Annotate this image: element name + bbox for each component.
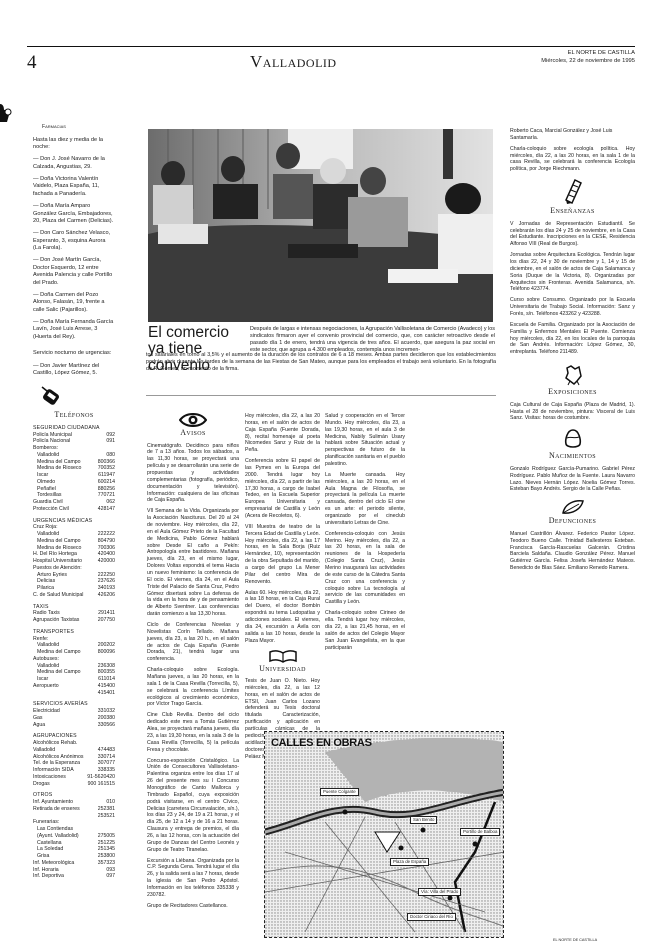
telephone-number: 092: [106, 432, 115, 439]
telephone-number: 800366: [98, 459, 115, 466]
telephone-row: Iscar611014: [33, 676, 115, 683]
telephone-row: La Soledad251345: [33, 846, 115, 853]
telephone-group-title: URGENCIAS MÉDICAS: [33, 518, 115, 525]
defunciones-title: Defunciones: [510, 516, 635, 527]
pencil-icon: [563, 179, 583, 205]
map-label-via-villa-prado: Vía: Villa del Prado: [418, 888, 461, 896]
telephone-number: 236308: [98, 663, 115, 670]
telephone-label: Arturo Eyries: [37, 572, 67, 579]
nacimientos-title: Nacimientos: [510, 451, 635, 462]
telephone-number: 804790: [98, 538, 115, 545]
telephone-label: Valladolid: [37, 642, 59, 649]
telephone-row: Valladolid474483: [33, 747, 115, 754]
telephone-number: 080: [106, 452, 115, 459]
aviso-item: Charla-coloquio sobre Cirineo de ella. T…: [325, 610, 405, 651]
telephone-label: Medina del Campo: [37, 459, 81, 466]
telephone-number: 611947: [98, 472, 115, 479]
telephone-label: Policía Nacional: [33, 438, 70, 445]
far-right-column: Roberto Caca, Marcial González y José Lu…: [510, 128, 635, 576]
telephone-label: Agrupación Taxistas: [33, 617, 79, 624]
header-rule: [27, 46, 635, 47]
farmacias-intro: Hasta las diez y media de la noche:: [33, 137, 115, 152]
telephone-row: Valladolid222222: [33, 531, 115, 538]
avisos-title: Avisos: [147, 428, 239, 439]
map-label-san-benito: San Benito: [410, 816, 437, 824]
telephone-number: 800355: [98, 669, 115, 676]
aviso-item: Salud y cooperación en el Tercer Mundo. …: [325, 413, 405, 468]
telephone-group: SEGURIDAD CIUDADANAPolicía Municipal092P…: [33, 425, 115, 513]
telephone-row: Policía Nacional091: [33, 438, 115, 445]
telephone-row: Valladolid236308: [33, 663, 115, 670]
telephone-number: 330566: [98, 722, 115, 729]
book-icon: [268, 649, 298, 663]
telephone-label: Policía Municipal: [33, 432, 72, 439]
aviso-item: Excursión a Liébana. Organizada por la C…: [147, 858, 239, 899]
farmacias-header: Farmacias: [33, 102, 115, 131]
telephone-number: 700306: [98, 545, 115, 552]
telephone-label: Guardia Civil: [33, 499, 63, 506]
telephone-number: 426206: [98, 592, 115, 599]
aviso-item: VII Semana de la Vida. Organizada por la…: [147, 508, 239, 618]
telephone-row: Agua330566: [33, 722, 115, 729]
telephone-row: Inf. Deportiva097: [33, 873, 115, 880]
telephone-label: Peñafiel: [37, 486, 56, 493]
telephone-row: Inf. Meteorológica357323: [33, 860, 115, 867]
exposiciones-header: Exposiciones: [510, 364, 635, 398]
main-story-photo: [148, 129, 493, 322]
nacimientos-text: Gonzalo Rodríguez García-Pumarino. Gabri…: [510, 466, 635, 493]
telephone-label: Autobuses:: [33, 656, 59, 663]
telephone-group: AGRUPACIONESAlcohólicos Rehab.Valladolid…: [33, 733, 115, 787]
telephone-row: Medina del Campo800355: [33, 669, 115, 676]
telephone-number: 700352: [98, 465, 115, 472]
telephone-number: 338335: [98, 767, 115, 774]
telephone-number: 010: [106, 799, 115, 806]
telephone-number: 251345: [98, 846, 115, 853]
telephone-number: 91-5620420: [87, 774, 115, 781]
telephone-number: 237626: [98, 578, 115, 585]
telephone-label: Olmedo: [37, 479, 55, 486]
telephone-row: Electricidad331032: [33, 708, 115, 715]
telephone-label: Renfe:: [33, 636, 48, 643]
telephone-row: Medina de Rioseco700306: [33, 545, 115, 552]
telephone-number: 415400: [98, 683, 115, 690]
telephone-row: Radio Taxis291411: [33, 610, 115, 617]
calles-en-obras-map: CALLES EN OBRAS Puente Colgante San Beni…: [264, 731, 504, 938]
aviso-item: Cine Club Revilla. Dentro del ciclo dedi…: [147, 712, 239, 753]
telephone-label: Drogas: [33, 781, 50, 788]
telephone-row: Inf. Horaria093: [33, 867, 115, 874]
telephone-label: Delicias: [37, 578, 55, 585]
aviso-item: Hoy miércoles, día 22, a las 20 horas, e…: [245, 413, 320, 454]
telephone-row: Guardia Civil062: [33, 499, 115, 506]
map-label-doctor-ciriaco: Doctor Ciriaco del Río: [407, 913, 456, 921]
telephone-label: Agua: [33, 722, 45, 729]
avisos-column-1: Avisos Cinematógrafo. Decidinco para niñ…: [147, 413, 239, 914]
telephone-label: Gas: [33, 715, 43, 722]
telephone-row: C. de Salud Municipal426206: [33, 592, 115, 599]
ensenanzas-title: Enseñanzas: [510, 206, 635, 217]
telephone-label: Grisa: [37, 853, 49, 860]
telephone-row: Protección Civil428147: [33, 506, 115, 513]
telephone-label: Medina del Campo: [37, 649, 81, 656]
telephone-number: 357323: [98, 860, 115, 867]
ensenanzas-header: Enseñanzas: [510, 179, 635, 217]
map-label-plaza-espana: Plaza de España: [390, 858, 429, 866]
night-service-item: — Don Javier Martínez del Castillo, Lópe…: [33, 363, 115, 378]
telephone-row: Pilarica340193: [33, 585, 115, 592]
ensenanza-item: V Jornadas de Representación Estudiantil…: [510, 221, 635, 248]
telephone-row: Funerarias:: [33, 819, 115, 826]
telephone-number: 880256: [98, 486, 115, 493]
telephone-row: Peñafiel880256: [33, 486, 115, 493]
left-column: Farmacias Hasta las diez y media de la n…: [33, 128, 115, 885]
telephone-row: Cruz Roja:: [33, 524, 115, 531]
telefonos-title: Teléfonos: [33, 410, 115, 421]
telephone-group-title: TRANSPORTES: [33, 629, 115, 636]
aviso-item: Ciclo de Conferencias Novelas y Novelist…: [147, 622, 239, 663]
telephone-label: Intoxicaciones: [33, 774, 66, 781]
telephone-number: 253800: [98, 853, 115, 860]
telephone-label: Hospital Universitario: [33, 558, 82, 565]
telephone-number: 207750: [98, 617, 115, 624]
telephone-row: Medina del Campo800096: [33, 649, 115, 656]
publication-date: Miércoles, 22 de noviembre de 1995: [541, 58, 635, 66]
farmacias-title: Farmacias: [0, 124, 115, 131]
telephone-row: Hospital Universitario420000: [33, 558, 115, 565]
telephone-row: 253521: [33, 813, 115, 820]
map-label-puente-colgante: Puente Colgante: [320, 788, 359, 796]
farmacia-item: — Doña Carmen del Pozo Alonso, Falasán, …: [33, 292, 115, 314]
farmacia-item: — Don José Martín García, Doctor Esquerd…: [33, 257, 115, 287]
telephone-row: Grisa253800: [33, 853, 115, 860]
telephone-number: 420000: [98, 558, 115, 565]
telephone-number: 331032: [98, 708, 115, 715]
map-credit: EL NORTE DE CASTILLA: [553, 938, 597, 943]
participants-text: Roberto Caca, Marcial González y José Lu…: [510, 128, 635, 142]
telephone-row: Castellana251225: [33, 840, 115, 847]
farmacia-item: — Doña María Fernanda García Lavín, José…: [33, 319, 115, 341]
telephone-row: Valladolid200202: [33, 642, 115, 649]
telephone-label: Las Contiendas: [37, 826, 73, 833]
defunciones-header: Defunciones: [510, 499, 635, 527]
pharmacist-icon: [0, 102, 15, 124]
telephone-group: OTROSInf. Ayuntamiento010Retirada de ens…: [33, 792, 115, 880]
night-service-intro: Servicio nocturno de urgencias:: [33, 350, 115, 357]
telephone-row: Retirada de enseres252381: [33, 806, 115, 813]
telephone-row: Renfe:: [33, 636, 115, 643]
telephone-label: Medina del Campo: [37, 669, 81, 676]
telephone-number: 093: [106, 867, 115, 874]
telephone-label: Iscar: [37, 676, 48, 683]
telephone-row: Las Contiendas: [33, 826, 115, 833]
telephone-label: Alcohólicos Anónimos: [33, 754, 83, 761]
telephone-label: Pilarica: [37, 585, 54, 592]
telephone-number: 253521: [98, 813, 115, 820]
page-number: 4: [27, 50, 37, 75]
aviso-item: Grupo de Recitadores Castellanos.: [147, 903, 239, 910]
photo-illustration: [148, 129, 493, 322]
telephone-number: 251225: [98, 840, 115, 847]
exposiciones-title: Exposiciones: [510, 387, 635, 398]
telephone-number: 420400: [98, 551, 115, 558]
telephone-number: 415401: [98, 690, 115, 697]
telephone-label: Radio Taxis: [33, 610, 60, 617]
telephone-label: C. de Salud Municipal: [33, 592, 83, 599]
telephone-group-title: OTROS: [33, 792, 115, 799]
telephone-row: Iscar611947: [33, 472, 115, 479]
telephone-label: Tel. de la Esperanza: [33, 760, 80, 767]
telephone-group-title: SERVICIOS AVERÍAS: [33, 701, 115, 708]
avisos-column-3: Salud y cooperación en el Tercer Mundo. …: [325, 413, 405, 655]
telephone-number: 770721: [98, 492, 115, 499]
telephone-row: Intoxicaciones91-5620420: [33, 774, 115, 781]
telephone-row: Alcohólicos Rehab.: [33, 740, 115, 747]
telephone-number: 062: [106, 499, 115, 506]
telephone-label: Inf. Horaria: [33, 867, 59, 874]
ensenanza-item: Jornadas sobre Arquitectura Ecológica. T…: [510, 252, 635, 293]
telephone-label: Valladolid: [37, 663, 59, 670]
telephone-label: Información SIDA: [33, 767, 74, 774]
telephone-number: 600214: [98, 479, 115, 486]
telephone-row: Valladolid080: [33, 452, 115, 459]
telephone-label: Alcohólicos Rehab.: [33, 740, 77, 747]
leaf-icon: [561, 499, 585, 515]
telephone-directory: SEGURIDAD CIUDADANAPolicía Municipal092P…: [33, 425, 115, 880]
aviso-item: VIII Muestra de teatro de la Tercera Eda…: [245, 524, 320, 586]
telephone-row: Aeropuerto415400: [33, 683, 115, 690]
telephone-row: Información SIDA338335: [33, 767, 115, 774]
telephone-row: Tordesillas770721: [33, 492, 115, 499]
telephone-label: Valladolid: [37, 531, 59, 538]
universidad-title: Universidad: [245, 664, 320, 675]
telephone-number: 291411: [98, 610, 115, 617]
aviso-item: Concurso-exposición Cristalógico. La Uni…: [147, 758, 239, 854]
farmacia-item: — Doña Victorina Valentín Vaidelo, Plaza…: [33, 176, 115, 198]
story-divider: [146, 395, 496, 396]
telephone-label: Castellana: [37, 840, 62, 847]
telephone-number: 200380: [98, 715, 115, 722]
eye-icon: [179, 413, 207, 427]
telephone-group-title: TAXIS: [33, 604, 115, 611]
telephone-number: 330714: [98, 754, 115, 761]
telephone-label: Protección Civil: [33, 506, 69, 513]
aviso-item: Cinematógrafo. Decidinco para niños de 7…: [147, 443, 239, 505]
egg-icon: [564, 428, 582, 450]
telephone-number: 474483: [98, 747, 115, 754]
telephone-row: Inf. Ayuntamiento010: [33, 799, 115, 806]
telephone-group-title: AGRUPACIONES: [33, 733, 115, 740]
farmacia-item: — Doña María Amparo González García, Emb…: [33, 203, 115, 225]
map-label-portillo-balboa: Portillo de Balboa: [460, 828, 500, 836]
nacimientos-header: Nacimientos: [510, 428, 635, 462]
telephone-label: Medina del Campo: [37, 538, 81, 545]
telephone-label: Electricidad: [33, 708, 60, 715]
telephone-row: Delicias237626: [33, 578, 115, 585]
telephone-label: Aeropuerto: [33, 683, 59, 690]
telephone-label: Valladolid: [33, 747, 55, 754]
telephone-number: 275005: [98, 833, 115, 840]
telephone-row: H. Del Río Hortega420400: [33, 551, 115, 558]
telephone-row: Gas200380: [33, 715, 115, 722]
telephone-row: Puestos de Atención:: [33, 565, 115, 572]
telephone-label: Inf. Meteorológica: [33, 860, 74, 867]
masthead: EL NORTE DE CASTILLA Miércoles, 22 de no…: [541, 50, 635, 66]
avisos-header: Avisos: [147, 413, 239, 439]
telephone-row: Arturo Eyries222250: [33, 572, 115, 579]
telephone-group: TAXISRadio Taxis291411Agrupación Taxista…: [33, 604, 115, 624]
telephone-label: Puestos de Atención:: [33, 565, 82, 572]
telephone-label: Cruz Roja:: [33, 524, 58, 531]
telephone-label: Bomberos:: [33, 445, 58, 452]
telephone-number: 340193: [98, 585, 115, 592]
telephone-row: Autobuses:: [33, 656, 115, 663]
farmacia-item: — Don J. José Navarro de la Calzada, Ang…: [33, 156, 115, 171]
telephone-group: URGENCIAS MÉDICASCruz Roja:Valladolid222…: [33, 518, 115, 599]
map-piece-icon: [562, 364, 584, 386]
telephone-row: Drogas900 161515: [33, 781, 115, 788]
defunciones-text: Manuel Castrillón Álvarez. Federico Past…: [510, 531, 635, 572]
telephone-group: SERVICIOS AVERÍASElectricidad331032Gas20…: [33, 701, 115, 728]
aviso-item: La Muerte cansada. Hoy miércoles, a las …: [325, 472, 405, 527]
telephone-number: 097: [106, 873, 115, 880]
ensenanza-item: Curso sobre Consumo. Organizado por la E…: [510, 297, 635, 318]
main-story-lead: Después de largas e intensas negociacion…: [250, 326, 495, 354]
telephone-number: 222250: [98, 572, 115, 579]
telephone-row: Policía Municipal092: [33, 432, 115, 439]
telephone-row: Agrupación Taxistas207750: [33, 617, 115, 624]
telephone-number: 200202: [98, 642, 115, 649]
telephone-row: Medina de Rioseco700352: [33, 465, 115, 472]
universidad-header: Universidad: [245, 649, 320, 675]
telephone-number: 428147: [98, 506, 115, 513]
telephone-row: Bomberos:: [33, 445, 115, 452]
telephone-row: Alcohólicos Anónimos330714: [33, 754, 115, 761]
exposiciones-text: Caja Cultural de Caja España (Plaza de M…: [510, 402, 635, 423]
telephone-group: TRANSPORTESRenfe:Valladolid200202Medina …: [33, 629, 115, 697]
telefonos-header: Teléfonos: [33, 385, 115, 421]
aviso-item: Conferencia-coloquio con Jesús Merino. H…: [325, 531, 405, 606]
telephone-label: Medina de Rioseco: [37, 465, 81, 472]
telephone-label: (Ayunt. Valladolid): [37, 833, 79, 840]
telephone-icon: [38, 385, 64, 409]
telephone-label: La Soledad: [37, 846, 63, 853]
telephone-label: Inf. Ayuntamiento: [33, 799, 73, 806]
telephone-group-title: SEGURIDAD CIUDADANA: [33, 425, 115, 432]
telephone-row: Olmedo600214: [33, 479, 115, 486]
telephone-row: Tel. de la Esperanza307077: [33, 760, 115, 767]
section-title: Valladolid: [250, 51, 337, 73]
telephone-row: (Ayunt. Valladolid)275005: [33, 833, 115, 840]
newspaper-name: EL NORTE DE CASTILLA: [541, 50, 635, 58]
farmacia-item: — Don Caro Sánchez Velasco, Esperanto, 3…: [33, 230, 115, 252]
telephone-label: H. Del Río Hortega: [33, 551, 77, 558]
telephone-row: 415401: [33, 690, 115, 697]
aviso-item: Aulas 60. Hoy miércoles, día 22, a las 1…: [245, 590, 320, 645]
telephone-number: 222222: [98, 531, 115, 538]
telephone-number: 800096: [98, 649, 115, 656]
telephone-label: Valladolid: [37, 452, 59, 459]
aviso-item: Charla-coloquio sobre Ecología. Mañana j…: [147, 667, 239, 708]
telephone-number: 252381: [98, 806, 115, 813]
telephone-label: Tordesillas: [37, 492, 62, 499]
telephone-number: 611014: [98, 676, 115, 683]
telephone-number: 091: [106, 438, 115, 445]
telephone-label: Iscar: [37, 472, 48, 479]
map-title: CALLES EN OBRAS: [271, 736, 372, 751]
telephone-label: Inf. Deportiva: [33, 873, 64, 880]
telephone-number: 900 161515: [88, 781, 115, 788]
telephone-number: 307077: [98, 760, 115, 767]
telephone-label: Retirada de enseres: [33, 806, 80, 813]
telephone-row: Medina del Campo800366: [33, 459, 115, 466]
telephone-label: Funerarias:: [33, 819, 59, 826]
charla-ecologia: Charla-coloquio sobre ecología política.…: [510, 146, 635, 173]
aviso-item: Conferencia sobre El papel de las Pymes …: [245, 458, 320, 520]
avisos-column-2: Hoy miércoles, día 22, a las 20 horas, e…: [245, 413, 320, 764]
telephone-row: Medina del Campo804790: [33, 538, 115, 545]
main-story-lead-continued: tos salariales en torno al 3,5% y el aum…: [146, 352, 496, 373]
ensenanza-item: Escuela de Familia. Organizado por la As…: [510, 322, 635, 356]
telephone-label: Medina de Rioseco: [37, 545, 81, 552]
